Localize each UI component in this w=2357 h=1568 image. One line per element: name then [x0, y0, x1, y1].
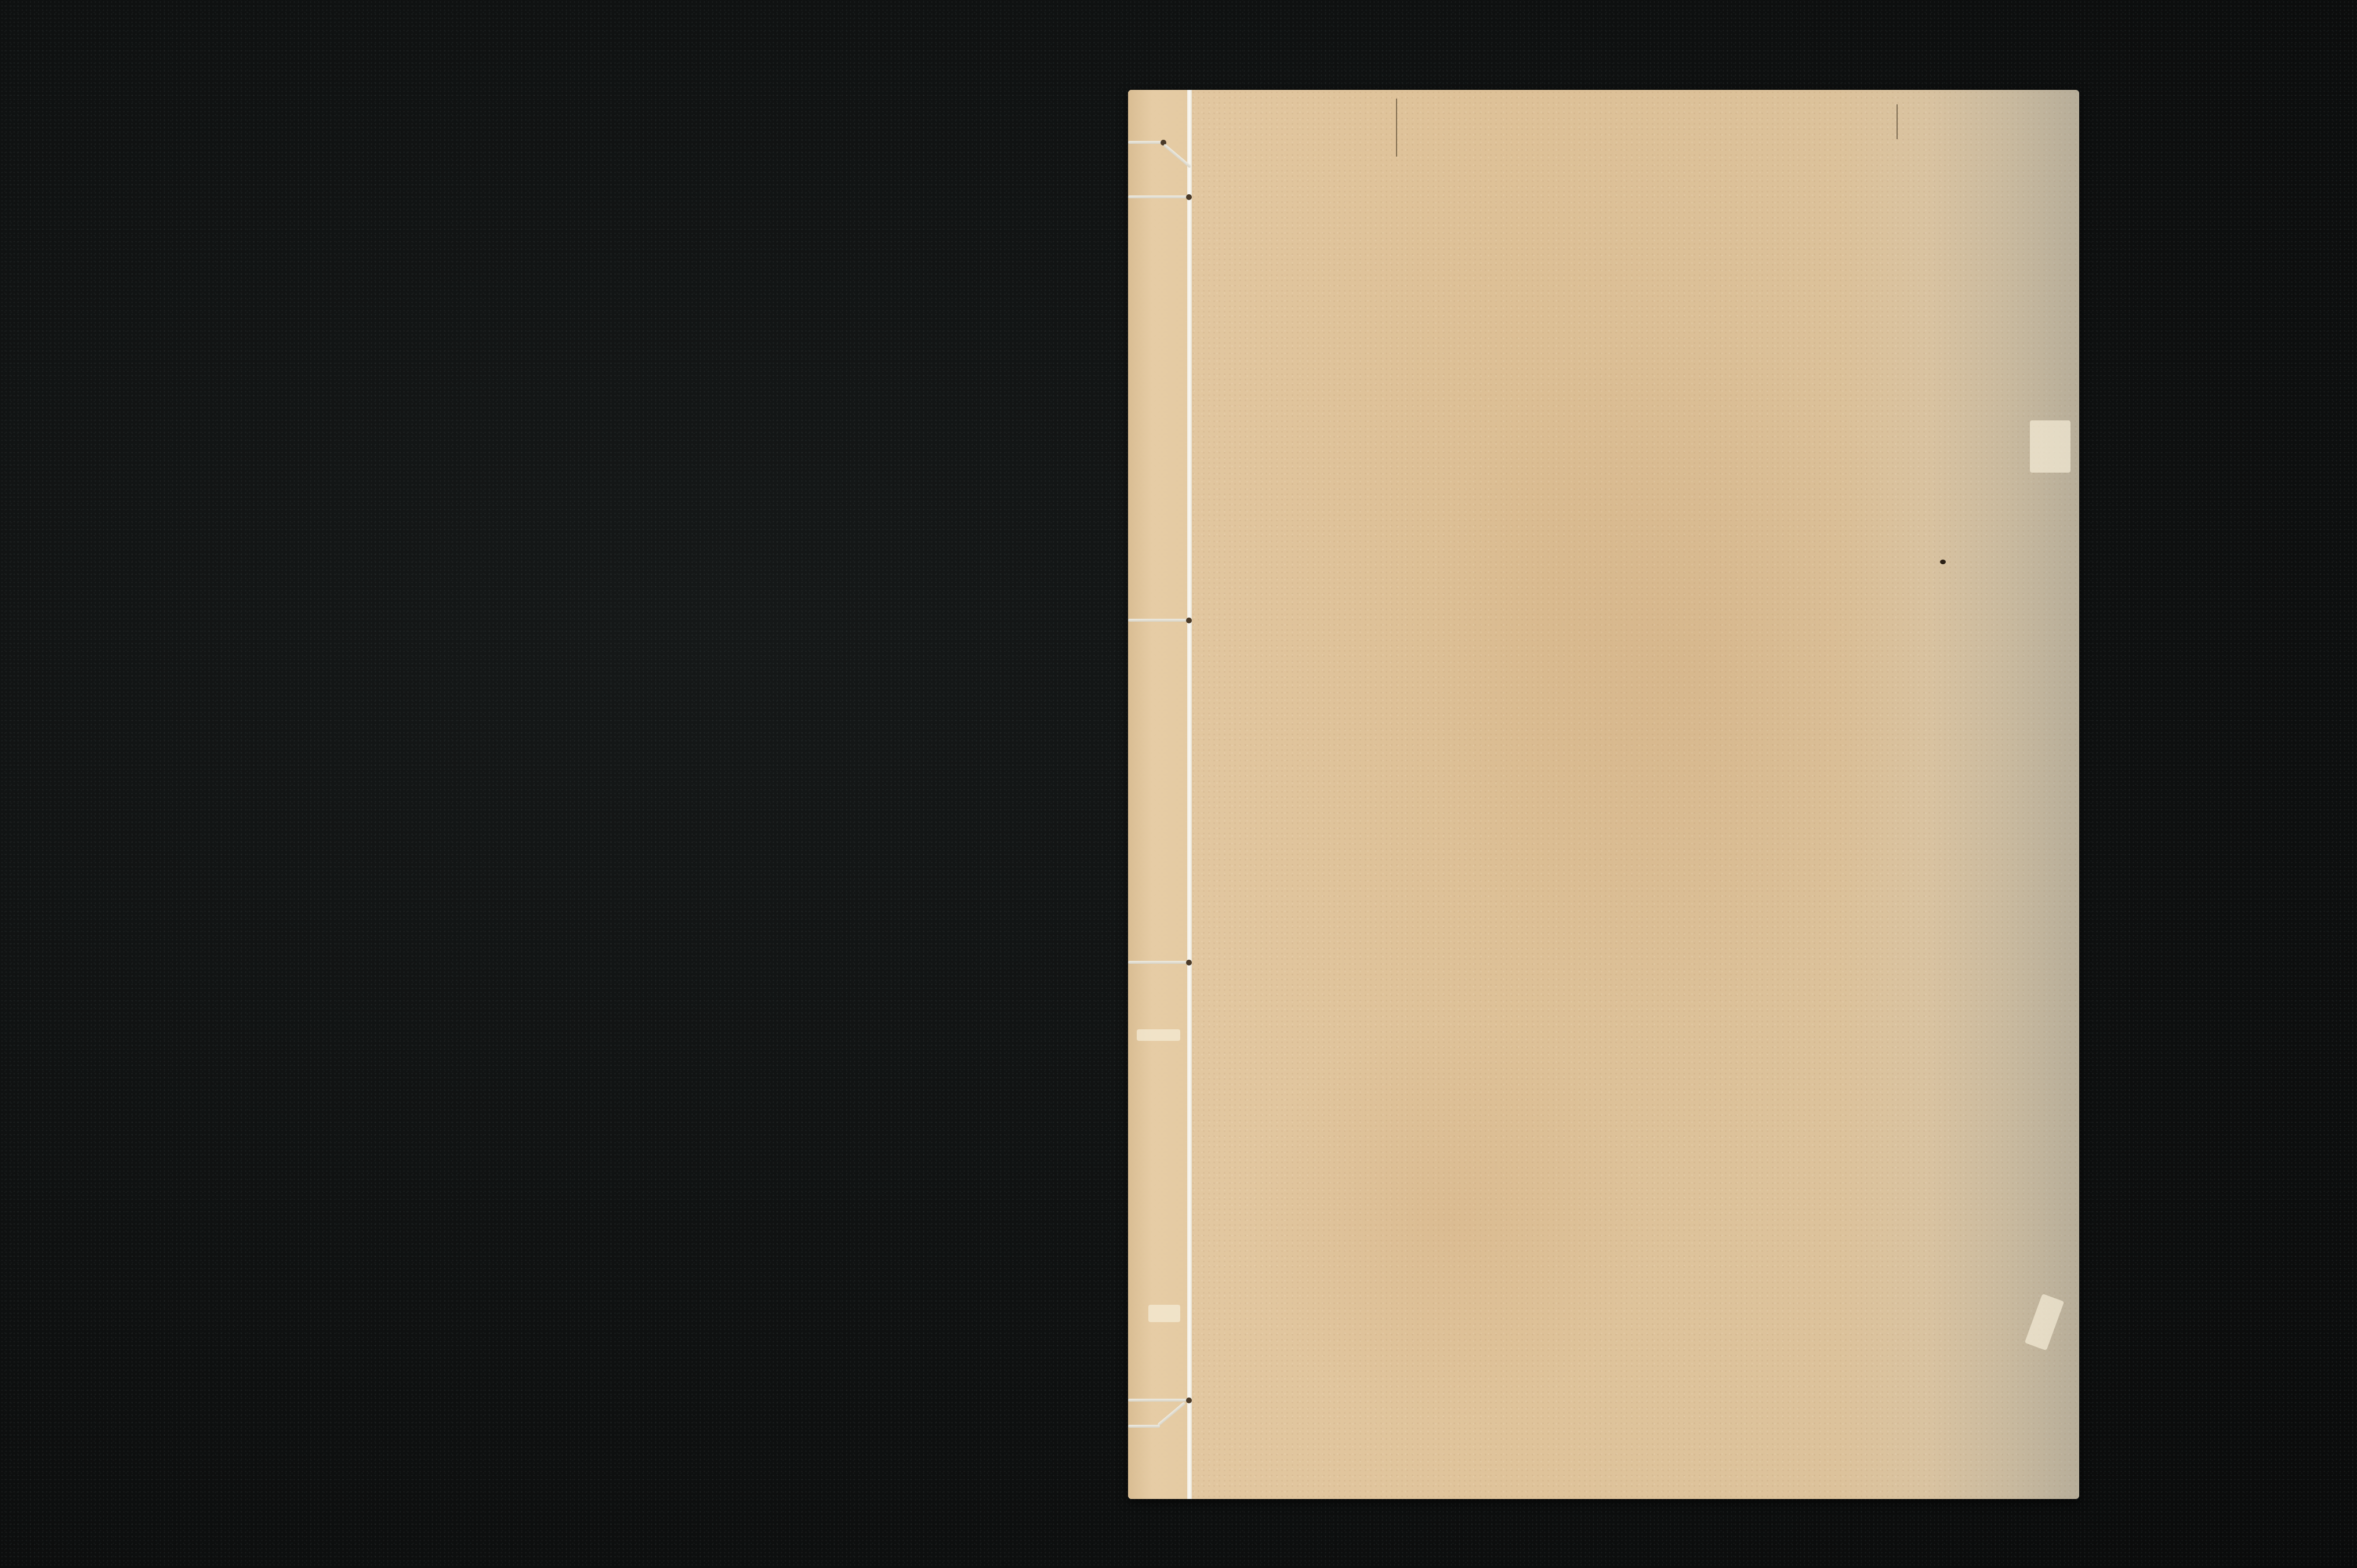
spine-strip	[1128, 90, 1189, 1499]
paper-crack	[1897, 104, 1898, 139]
binding-thread	[1128, 619, 1191, 622]
stitch-hole	[1186, 960, 1192, 966]
age-stain	[1244, 1018, 1650, 1424]
binding-stitch-line	[1187, 90, 1192, 1499]
torn-paper-fragment	[1137, 1029, 1180, 1041]
binding-thread	[1128, 1425, 1160, 1428]
stitch-hole	[1186, 1398, 1192, 1403]
binding-thread	[1128, 141, 1163, 144]
binding-thread	[1128, 1399, 1191, 1402]
age-stain	[1418, 322, 1940, 1018]
stitch-hole	[1186, 618, 1192, 623]
book-cover	[1128, 90, 2079, 1499]
worn-right-edge	[1928, 90, 2079, 1499]
scene-description: Photograph of an untitled, thread-bound …	[0, 0, 1, 1]
binding-thread	[1128, 961, 1191, 964]
black-felt-background: Photograph of an untitled, thread-bound …	[0, 0, 2357, 1568]
paper-crack	[1396, 99, 1397, 157]
torn-paper-fragment	[1148, 1305, 1180, 1322]
stitch-hole	[1186, 194, 1192, 200]
worm-hole	[1940, 560, 1946, 564]
worn-paper-patch	[2030, 420, 2070, 473]
binding-thread	[1128, 195, 1191, 198]
